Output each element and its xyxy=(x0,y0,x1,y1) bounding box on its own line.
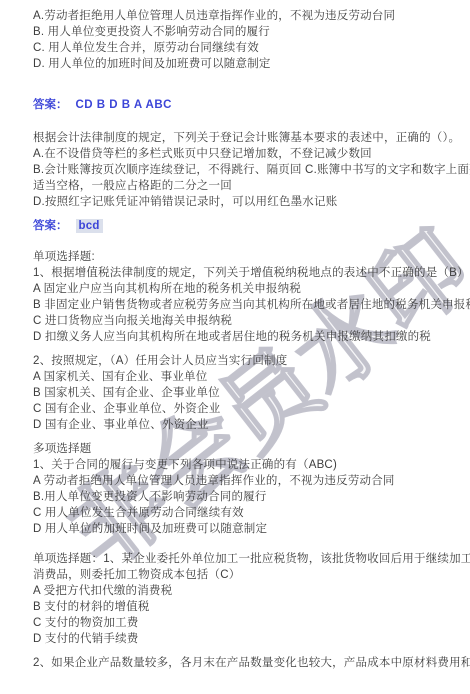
document-body: A.劳动者拒绝用人单位管理人员违章指挥作业的，不视为违反劳动台同B. 用人单位变… xyxy=(0,8,470,671)
text-line: B 非固定业户销售货物或者应税劳务应当向其机构所在地或者居住地的税务机关申报税款 xyxy=(33,297,460,313)
text-line: D.按照红字记账凭证冲销错误记录时，可以用红色墨水记账 xyxy=(33,194,460,210)
text-line: B.会计账簿按页次顺序连续登记，不得跳行、隔页回 C.账簿中书写的文字和数字上面… xyxy=(33,162,460,178)
text-line: A.在不设借贷等栏的多栏式账页中只登记增加数，不登记减少数回 xyxy=(33,146,460,162)
question-block-product-cost: 2、如果企业产品数量较多，各月末在产品数量变化也较大，产品成本中原材料费用和工资 xyxy=(33,655,460,671)
text-line: 消费品，则委托加工物资成本包括（C） xyxy=(33,567,460,583)
answer-label: 答案： xyxy=(33,99,68,111)
text-line: B 国家机关、国有企业、企事业单位 xyxy=(33,385,460,401)
text-line: A 固定业户应当向其机构所在地的税务机关申报纳税 xyxy=(33,281,460,297)
text-line: 1、关于合同的履行与变更下列各项中说法正确的有（ABC) xyxy=(33,457,460,473)
single-choice-block-vat: 单项选择题:1、根据增值税法律制度的规定，下列关于增值税纳税地点的表述中不正确的… xyxy=(33,249,460,345)
text-line: C 进口货物应当向报关地海关申报纳税 xyxy=(33,313,460,329)
text-line: 多项选择题 xyxy=(33,441,460,457)
text-line: 单项选择题：1、某企业委托外单位加工一批应税货物，该批货物收回后用于继续加工应税 xyxy=(33,551,460,567)
text-line: C. 用人单位发生合并，原劳动台同继续有效 xyxy=(33,40,460,56)
text-line: A 受把方代扣代缴的消费税 xyxy=(33,583,460,599)
answer-label: 答案： xyxy=(33,220,68,232)
text-line: 适当空格，一般应占格距的二分之一回 xyxy=(33,178,460,194)
text-line: D 国有企业、事业单位、外资企业 xyxy=(33,417,460,433)
single-choice-block-processing: 单项选择题：1、某企业委托外单位加工一批应税货物，该批货物收回后用于继续加工应税… xyxy=(33,551,460,647)
multi-choice-block-contract: 多项选择题1、关于合同的履行与变更下列各项中说法正确的有（ABC)A 劳动者拒绝… xyxy=(33,441,460,537)
text-line: A 国家机关、国有企业、事业单位 xyxy=(33,369,460,385)
text-line: C 国有企业、企事业单位、外资企业 xyxy=(33,401,460,417)
text-line: D 支付的代销手续费 xyxy=(33,631,460,647)
document-page: 非会员水印 A.劳动者拒绝用人单位管理人员违章指挥作业的，不视为违反劳动台同B.… xyxy=(0,0,470,694)
answer-value: bcd xyxy=(76,219,103,233)
answer-row-1: 答案：CD B D B A ABC xyxy=(33,97,460,113)
text-line: B 支付的材斜的增值税 xyxy=(33,599,460,615)
options-block-labor-contract: A.劳动者拒绝用人单位管理人员违章指挥作业的，不视为违反劳动台同B. 用人单位变… xyxy=(33,8,460,72)
answer-value: CD B D B A ABC xyxy=(76,99,172,111)
text-line: 根据会计法律制度的规定，下列关于登记会计账簿基本要求的表述中，正确的（）。 xyxy=(33,130,460,146)
question-block-ledger: 根据会计法律制度的规定，下列关于登记会计账簿基本要求的表述中，正确的（）。A.在… xyxy=(33,130,460,210)
text-line: C 支付的物资加工费 xyxy=(33,615,460,631)
text-line: 单项选择题: xyxy=(33,249,460,265)
text-line: D. 用人单位的加班时间及加班费可以随意制定 xyxy=(33,56,460,72)
text-line: A 劳动者拒绝用人单位管理人员违章指挥作业的，不视为违反劳动合同 xyxy=(33,473,460,489)
text-line: A.劳动者拒绝用人单位管理人员违章指挥作业的，不视为违反劳动台同 xyxy=(33,8,460,24)
text-line: B. 用人单位变更投资人不影响劳动合同的履行 xyxy=(33,24,460,40)
answer-row-2: 答案：bcd xyxy=(33,218,460,234)
text-line: B.用人单位变更投资人不影响劳动合同的履行 xyxy=(33,489,460,505)
text-line: C 用人单位发生合并原劳动合同继续有效 xyxy=(33,505,460,521)
text-line: D 扣缴义务人应当向其机构所在地或者居住地的税务机关申报缴纳其扣缴的税 xyxy=(33,329,460,345)
text-line: 2、如果企业产品数量较多，各月末在产品数量变化也较大，产品成本中原材料费用和工资 xyxy=(33,655,460,671)
text-line: 1、根据增值税法律制度的规定，下列关于增值税纳税地点的表述中不正确的是（B） xyxy=(33,265,460,281)
text-line: 2、按照规定，（A）任用会计人员应当实行回制度 xyxy=(33,353,460,369)
text-line: D 用人单位的加班时间及加班费可以随意制定 xyxy=(33,521,460,537)
single-choice-block-accountant: 2、按照规定，（A）任用会计人员应当实行回制度A 国家机关、国有企业、事业单位B… xyxy=(33,353,460,433)
